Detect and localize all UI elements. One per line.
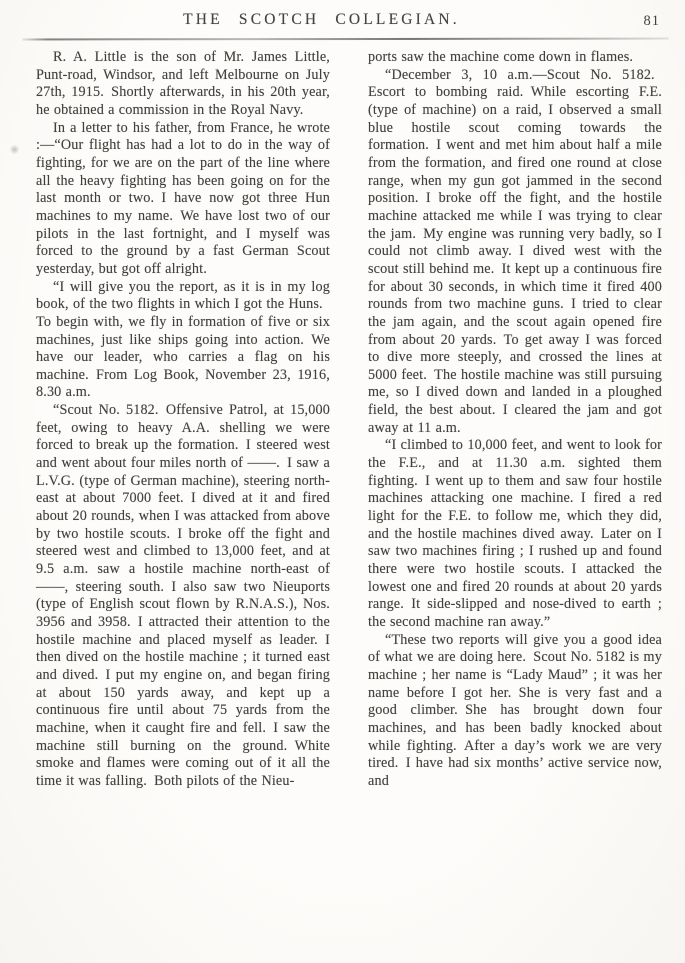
left-column: R. A. Little is the son of Mr. James Lit… — [36, 49, 330, 791]
publication-title: THE SCOTCH COLLEGIAN. — [183, 11, 460, 28]
paragraph-first-report: “Scout No. 5182. Offensive Patrol, at 15… — [36, 402, 330, 790]
paragraph-intro: R. A. Little is the son of Mr. James Lit… — [36, 49, 330, 120]
magazine-page: THE SCOTCH COLLEGIAN. 81 R. A. Little is… — [0, 0, 685, 963]
paragraph-letter-start: In a letter to his father, from France, … — [36, 120, 330, 279]
page-header: THE SCOTCH COLLEGIAN. 81 — [0, 0, 685, 35]
paragraph-first-report-continued: ports saw the machine come down in flame… — [368, 49, 662, 67]
right-column: ports saw the machine come down in flame… — [368, 49, 662, 791]
paragraph-second-report-continued: “I climbed to 10,000 feet, and went to l… — [368, 437, 662, 631]
scan-smudge — [10, 144, 19, 155]
paragraph-lady-maud: “These two reports will give you a good … — [368, 632, 662, 791]
paragraph-second-report: “December 3, 10 a.m.—Scout No. 5182. Esc… — [368, 67, 662, 438]
text-columns: R. A. Little is the son of Mr. James Lit… — [0, 40, 685, 791]
paragraph-logbook-intro: “I will give you the report, as it is in… — [36, 279, 330, 403]
page-number: 81 — [644, 13, 661, 30]
